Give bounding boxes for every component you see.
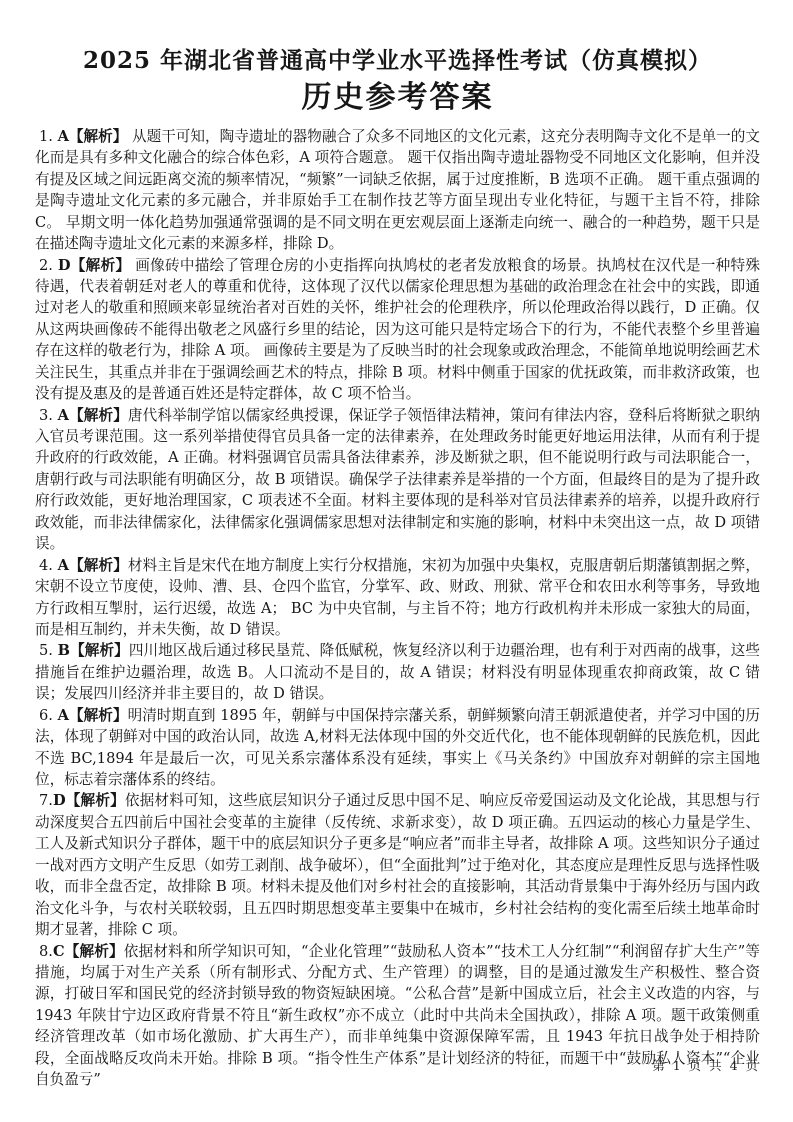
answer-number: 5. — [35, 642, 58, 659]
document-title: 2025 年湖北省普通高中学业水平选择性考试（仿真模拟） — [35, 46, 760, 76]
answer-number: 6. — [35, 707, 58, 724]
answer-key: B【解析】 — [58, 642, 129, 659]
answer-text: 从题干可知，陶寺遗址的器物融合了众多不同地区的文化元素，这充分表明陶寺文化不是单… — [35, 128, 760, 252]
answer-item-2: 2. D【解析】 画像砖中描绘了管理仓房的小吏指挥向执鸠杖的老者发放粮食的场景。… — [35, 255, 760, 405]
answer-key: D【解析】 — [53, 792, 125, 809]
answer-key: A【解析】 — [58, 407, 128, 424]
answer-key: C【解析】 — [53, 943, 124, 960]
document-subtitle: 历史参考答案 — [35, 80, 760, 116]
answer-number: 7. — [35, 792, 53, 809]
answers-list: 1. A【解析】 从题干可知，陶寺遗址的器物融合了众多不同地区的文化元素，这充分… — [35, 126, 760, 1091]
answer-number: 1. — [35, 128, 58, 145]
answer-item-4: 4. A【解析】材料主旨是宋代在地方制度上实行分权措施，宋初为加强中央集权，克服… — [35, 555, 760, 641]
answer-item-6: 6. A【解析】明清时期直到 1895 年，朝鲜与中国保持宗藩关系，朝鲜频繁向清… — [35, 705, 760, 791]
answer-number: 4. — [35, 557, 58, 574]
document-page: 2025 年湖北省普通高中学业水平选择性考试（仿真模拟） 历史参考答案 1. A… — [0, 0, 793, 1122]
answer-item-1: 1. A【解析】 从题干可知，陶寺遗址的器物融合了众多不同地区的文化元素，这充分… — [35, 126, 760, 255]
answer-text: 四川地区战后通过移民垦荒、降低赋税，恢复经济以利于边疆治理，也有利于对西南的战事… — [35, 642, 760, 702]
answer-number: 8. — [35, 943, 53, 960]
answer-text: 材料主旨是宋代在地方制度上实行分权措施，宋初为加强中央集权，克服唐朝后期藩镇割据… — [35, 557, 760, 638]
answer-text: 明清时期直到 1895 年，朝鲜与中国保持宗藩关系，朝鲜频繁向清王朝派遣使者，并… — [35, 707, 760, 788]
answer-number: 2. — [35, 257, 58, 274]
answer-text: 画像砖中描绘了管理仓房的小吏指挥向执鸠杖的老者发放粮食的场景。执鸠杖在汉代是一种… — [35, 257, 760, 403]
answer-key: A【解析】 — [58, 707, 128, 724]
answer-item-3: 3. A【解析】唐代科举制学馆以儒家经典授课，保证学子领悟律法精神，策问有律法内… — [35, 405, 760, 555]
page-number-footer: 第 1 页 共 4 页 — [652, 1056, 760, 1074]
answer-number: 3. — [35, 407, 58, 424]
answer-key: A【解析】 — [58, 557, 128, 574]
answer-key: D【解析】 — [58, 257, 130, 274]
answer-key: A【解析】 — [58, 128, 128, 145]
answer-item-5: 5. B【解析】四川地区战后通过移民垦荒、降低赋税，恢复经济以利于边疆治理，也有… — [35, 640, 760, 704]
answer-text: 依据材料可知，这些底层知识分子通过反思中国不足、响应反帝爱国运动及文化论战，其思… — [35, 792, 760, 938]
answer-text: 唐代科举制学馆以儒家经典授课，保证学子领悟律法精神，策问有律法内容，登科后将断狱… — [35, 407, 760, 553]
answer-item-7: 7.D【解析】依据材料可知，这些底层知识分子通过反思中国不足、响应反帝爱国运动及… — [35, 790, 760, 940]
